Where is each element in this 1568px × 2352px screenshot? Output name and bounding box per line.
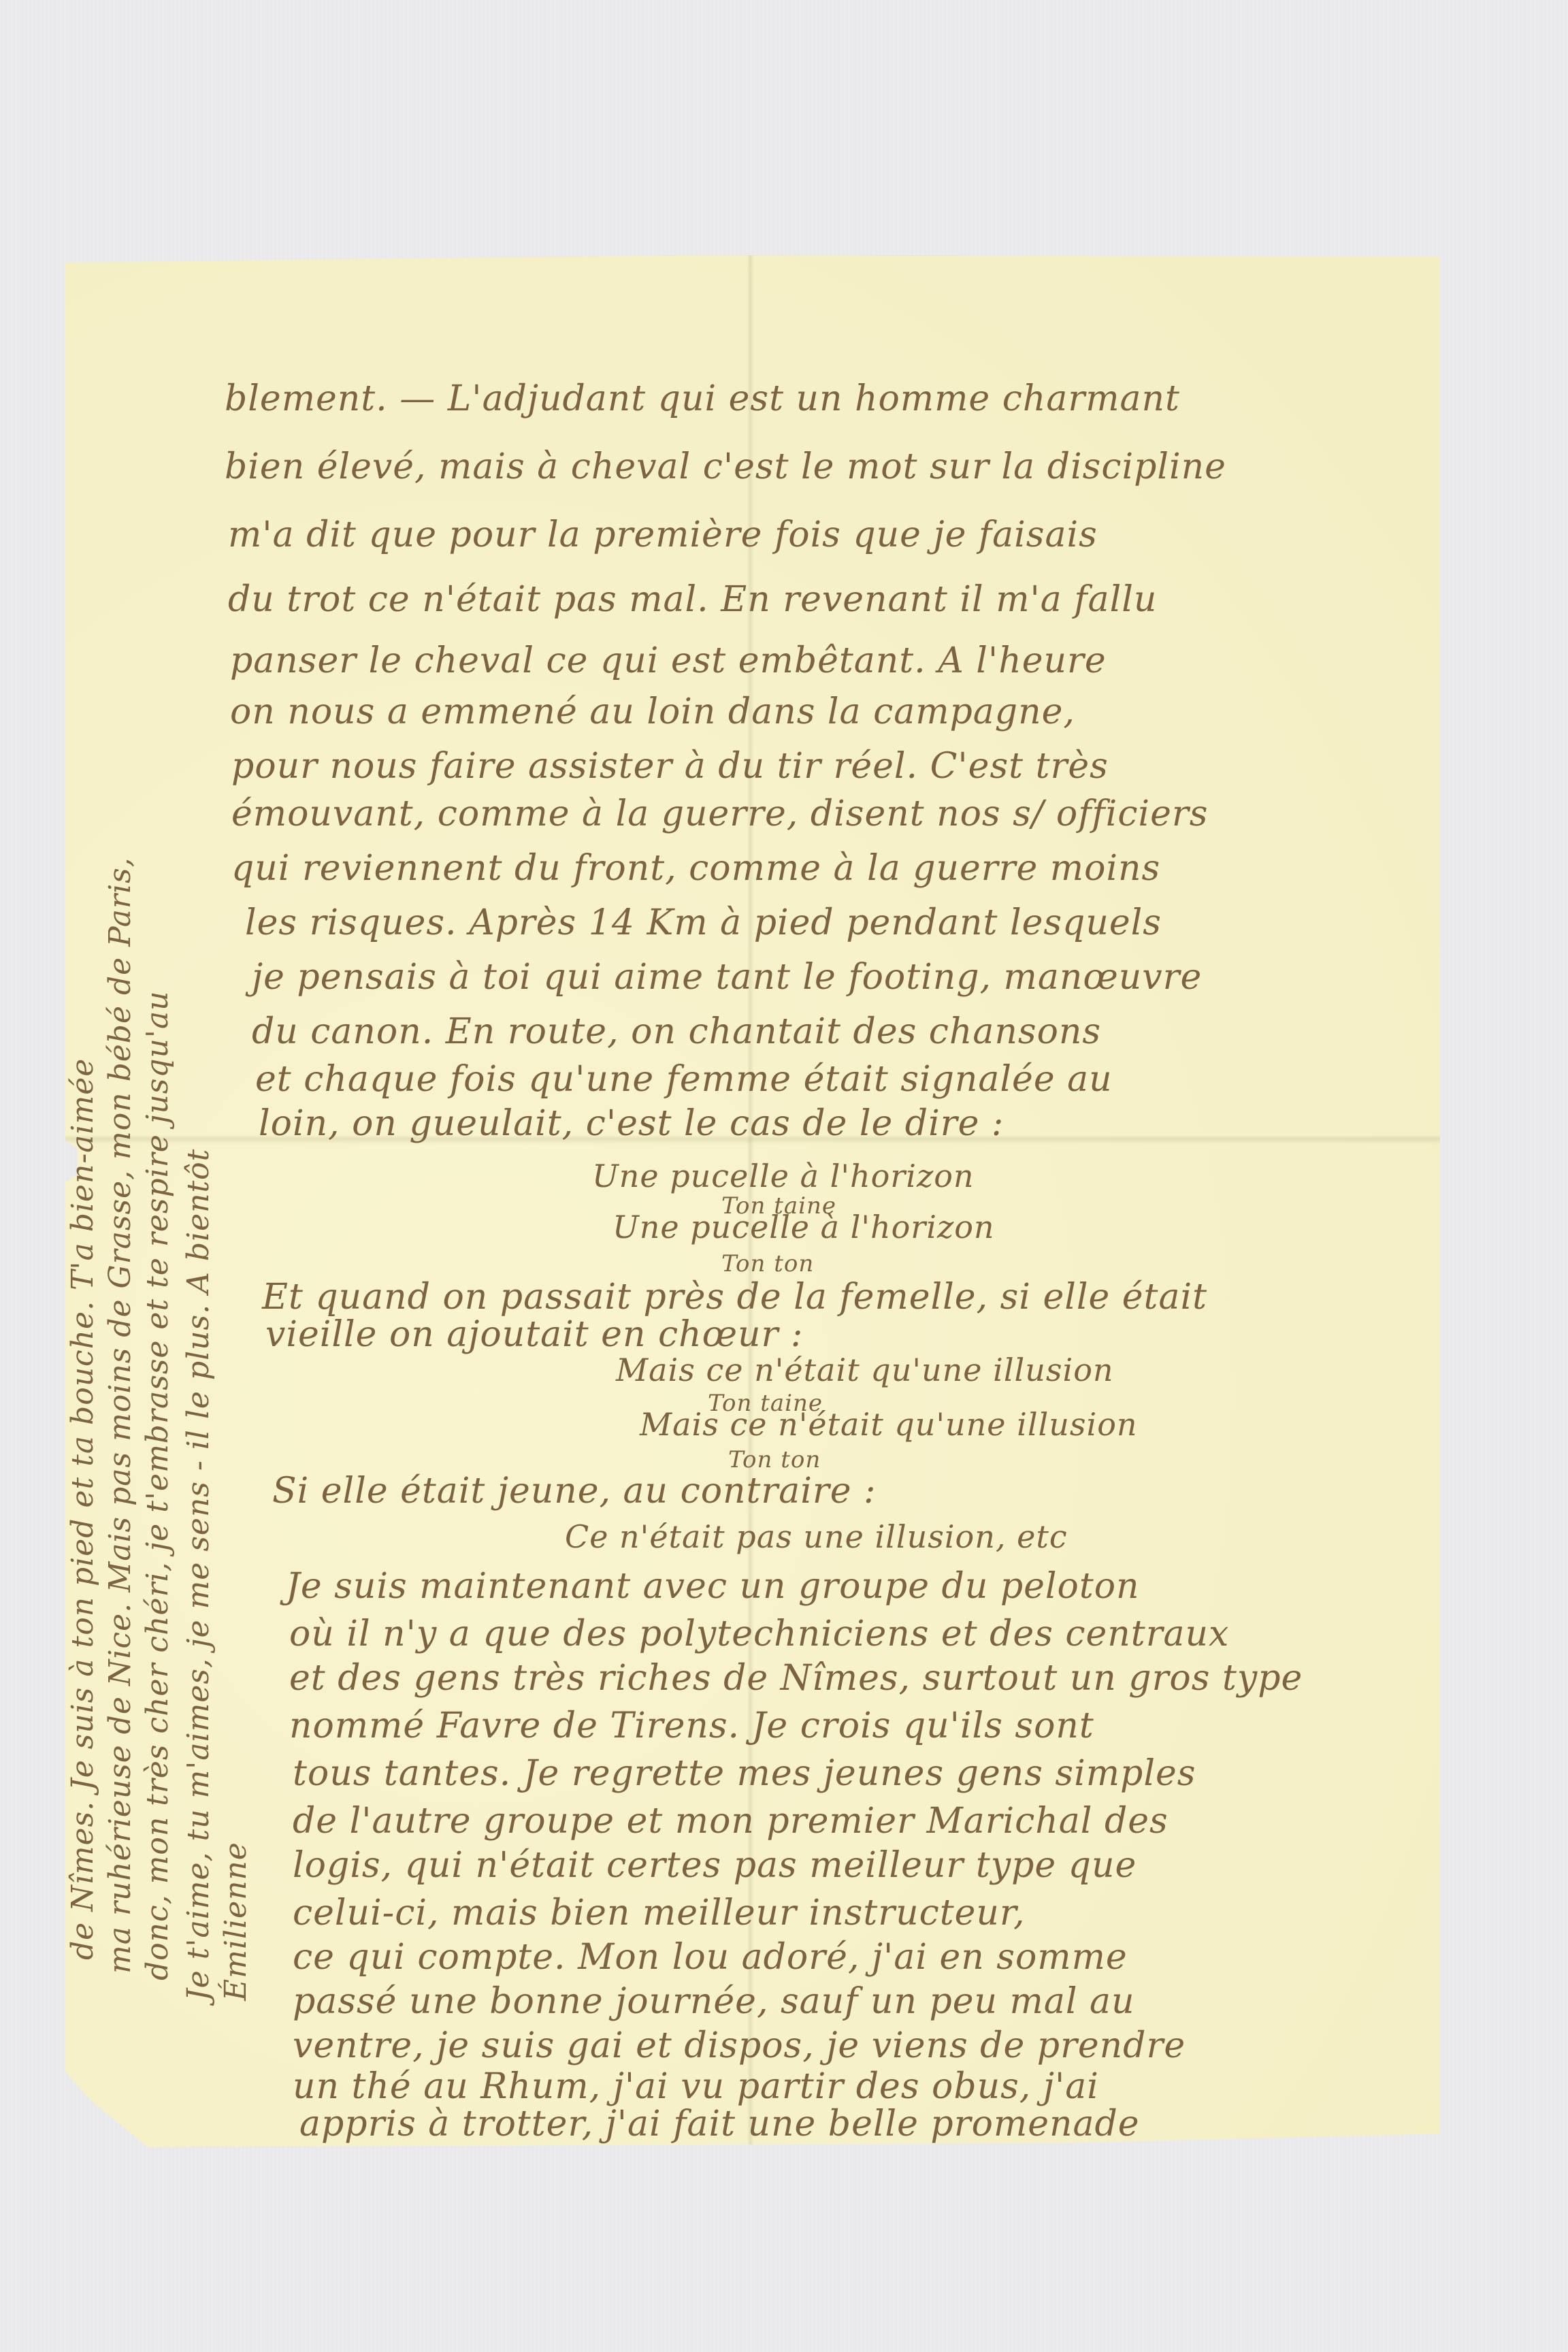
body-line: Je suis maintenant avec un groupe du pel… <box>286 1569 1140 1604</box>
body-line: appris à trotter, j'ai fait une belle pr… <box>299 2106 1140 2142</box>
body-line: du trot ce n'était pas mal. En revenant … <box>228 582 1157 617</box>
body-line: du canon. En route, on chantait des chan… <box>252 1014 1101 1049</box>
body-line: passé une bonne journée, sauf un peu mal… <box>293 1984 1135 2019</box>
song-line: Une pucelle à l'horizon <box>592 1160 975 1192</box>
body-line: Et quand on passait près de la femelle, … <box>262 1279 1207 1315</box>
body-line: de l'autre groupe et mon premier Maricha… <box>293 1803 1169 1839</box>
margin-line: Je t'aime, tu m'aimes, je me sens - il l… <box>184 1149 214 2001</box>
song-refrain: Ton ton <box>721 1252 814 1275</box>
body-line: panser le cheval ce qui est embêtant. A … <box>230 643 1107 679</box>
margin-line: ma ruhérieuse de Nice. Mais pas moins de… <box>105 857 135 1974</box>
song-line: Mais ce n'était qu'une illusion <box>640 1409 1138 1440</box>
margin-signature: Émilienne <box>221 1842 251 2001</box>
song-line: Mais ce n'était qu'une illusion <box>616 1354 1114 1386</box>
body-line: pour nous faire assister à du tir réel. … <box>231 749 1109 784</box>
song-line: Une pucelle à l'horizon <box>612 1211 995 1243</box>
song-line: Ce n'était pas une illusion, etc <box>565 1521 1068 1552</box>
body-line: et chaque fois qu'une femme était signal… <box>255 1062 1113 1097</box>
body-line: loin, on gueulait, c'est le cas de le di… <box>259 1106 1004 1141</box>
body-line: tous tantes. Je regrette mes jeunes gens… <box>293 1756 1196 1791</box>
body-line: on nous a emmené au loin dans la campagn… <box>230 694 1075 730</box>
margin-line: donc, mon très cher chéri, je t'embrasse… <box>143 990 173 1980</box>
body-line: qui reviennent du front, comme à la guer… <box>231 851 1160 886</box>
body-line: vieille on ajoutait en chœur : <box>265 1317 803 1352</box>
body-line: un thé au Rhum, j'ai vu partir des obus,… <box>293 2069 1099 2104</box>
body-line: et des gens très riches de Nîmes, surtou… <box>289 1661 1303 1696</box>
body-line: ventre, je suis gai et dispos, je viens … <box>293 2028 1186 2063</box>
body-line: logis, qui n'était certes pas meilleur t… <box>293 1848 1137 1883</box>
body-line: nommé Favre de Tirens. Je crois qu'ils s… <box>289 1708 1094 1744</box>
body-line: les risques. Après 14 Km à pied pendant … <box>245 905 1162 941</box>
body-line: celui-ci, mais bien meilleur instructeur… <box>293 1895 1026 1931</box>
body-line: ce qui compte. Mon lou adoré, j'ai en so… <box>293 1940 1128 1975</box>
body-line: où il n'y a que des polytechniciens et d… <box>289 1616 1229 1652</box>
body-line: blement. — L'adjudant qui est un homme c… <box>225 381 1180 416</box>
body-line: je pensais à toi qui aime tant le footin… <box>252 960 1202 995</box>
body-line: émouvant, comme à la guerre, disent nos … <box>231 796 1208 832</box>
song-refrain: Ton ton <box>728 1448 821 1471</box>
body-line: m'a dit que pour la première fois que je… <box>228 517 1098 553</box>
margin-line: de Nîmes. Je suis à ton pied et ta bouch… <box>68 1058 98 1960</box>
body-line: Si elle était jeune, au contraire : <box>272 1473 877 1509</box>
body-line: bien élevé, mais à cheval c'est le mot s… <box>225 449 1226 485</box>
